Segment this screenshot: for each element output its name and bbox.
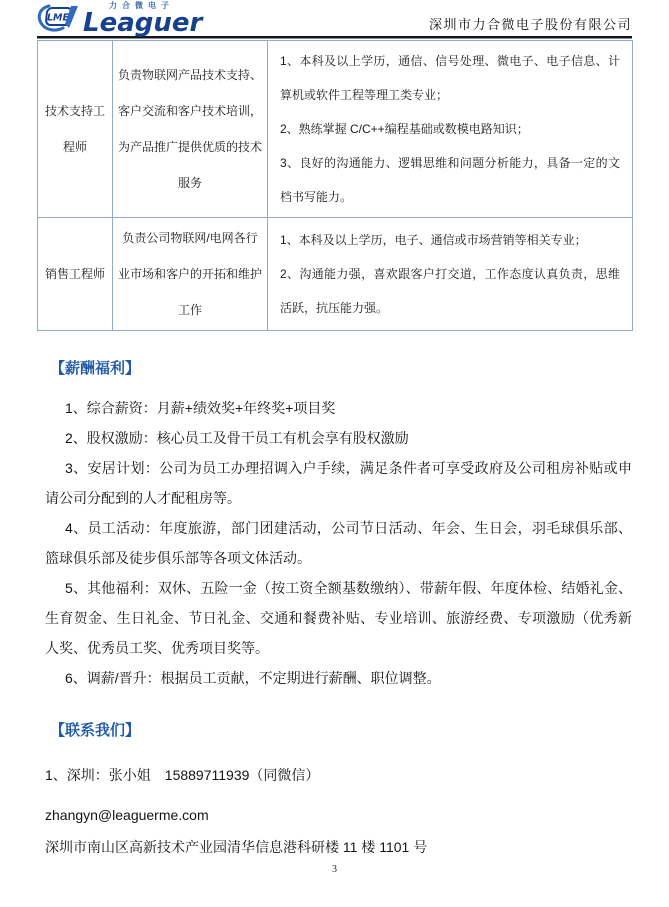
requirement-item: 3、良好的沟通能力、逻辑思维和问题分析能力，具备一定的文档书写能力。 [280,146,620,214]
requirement-item: 2、熟练掌握 C/C++编程基础或数模电路知识； [280,112,620,146]
jobs-table: 技术支持工程师 负责物联网产品技术支持、客户交流和客户技术培训，为产品推广提供优… [37,40,633,331]
benefits-list: 1、综合薪资：月薪+绩效奖+年终奖+项目奖 2、股权激励：核心员工及骨干员工有机… [37,393,632,693]
benefit-item: 4、员工活动：年度旅游，部门团建活动，公司节日活动、年会、生日会，羽毛球俱乐部、… [45,513,632,573]
lme-badge-icon: LME [37,2,81,36]
benefits-section-heading: 【薪酬福利】 [50,359,632,379]
brand-text: 力合微电子 Leaguer [83,2,202,36]
job-requirements-cell: 1、本科及以上学历，通信、信号处理、微电子、电子信息、计算机或软件工程等理工类专… [268,41,633,218]
brand-english-name: Leaguer [83,10,202,36]
contact-address: 深圳市南山区高新技术产业园清华信息港科研楼 11 楼 1101 号 [45,837,632,857]
job-title-cell: 销售工程师 [38,218,113,331]
benefit-item: 5、其他福利：双休、五险一金（按工资全额基数缴纳）、带薪年假、年度体检、结婚礼金… [45,573,632,663]
table-row: 技术支持工程师 负责物联网产品技术支持、客户交流和客户技术培训，为产品推广提供优… [38,41,633,218]
contact-section-heading: 【联系我们】 [50,721,632,741]
page-header: LME 力合微电子 Leaguer 深圳市力合微电子股份有限公司 [37,0,632,36]
benefit-item: 2、股权激励：核心员工及骨干员工有机会享有股权激励 [45,423,632,453]
benefit-item: 6、调薪/晋升：根据员工贡献，不定期进行薪酬、职位调整。 [45,663,632,693]
table-row: 销售工程师 负责公司物联网/电网各行业市场和客户的开拓和维护工作 1、本科及以上… [38,218,633,331]
page-number: 3 [37,864,632,875]
contact-phone-line: 1、深圳：张小姐 15889711939（同微信） [45,765,632,785]
benefit-item: 1、综合薪资：月薪+绩效奖+年终奖+项目奖 [45,393,632,423]
contact-email: zhangyn@leaguerme.com [45,805,632,825]
requirement-item: 1、本科及以上学历，电子、通信或市场营销等相关专业； [280,223,620,257]
benefit-item: 3、安居计划：公司为员工办理招调入户手续，满足条件者可享受政府及公司租房补贴或申… [45,453,632,513]
job-requirements-cell: 1、本科及以上学历，电子、通信或市场营销等相关专业； 2、沟通能力强，喜欢跟客户… [268,218,633,331]
company-full-name: 深圳市力合微电子股份有限公司 [429,14,632,36]
company-logo: LME 力合微电子 Leaguer [37,2,202,36]
job-title-cell: 技术支持工程师 [38,41,113,218]
job-duty-cell: 负责公司物联网/电网各行业市场和客户的开拓和维护工作 [113,218,268,331]
document-page: LME 力合微电子 Leaguer 深圳市力合微电子股份有限公司 技术支持工程师… [0,0,669,907]
requirement-item: 1、本科及以上学历，通信、信号处理、微电子、电子信息、计算机或软件工程等理工类专… [280,44,620,112]
requirement-item: 2、沟通能力强，喜欢跟客户打交道，工作态度认真负责，思维活跃，抗压能力强。 [280,257,620,325]
job-duty-cell: 负责物联网产品技术支持、客户交流和客户技术培训，为产品推广提供优质的技术服务 [113,41,268,218]
